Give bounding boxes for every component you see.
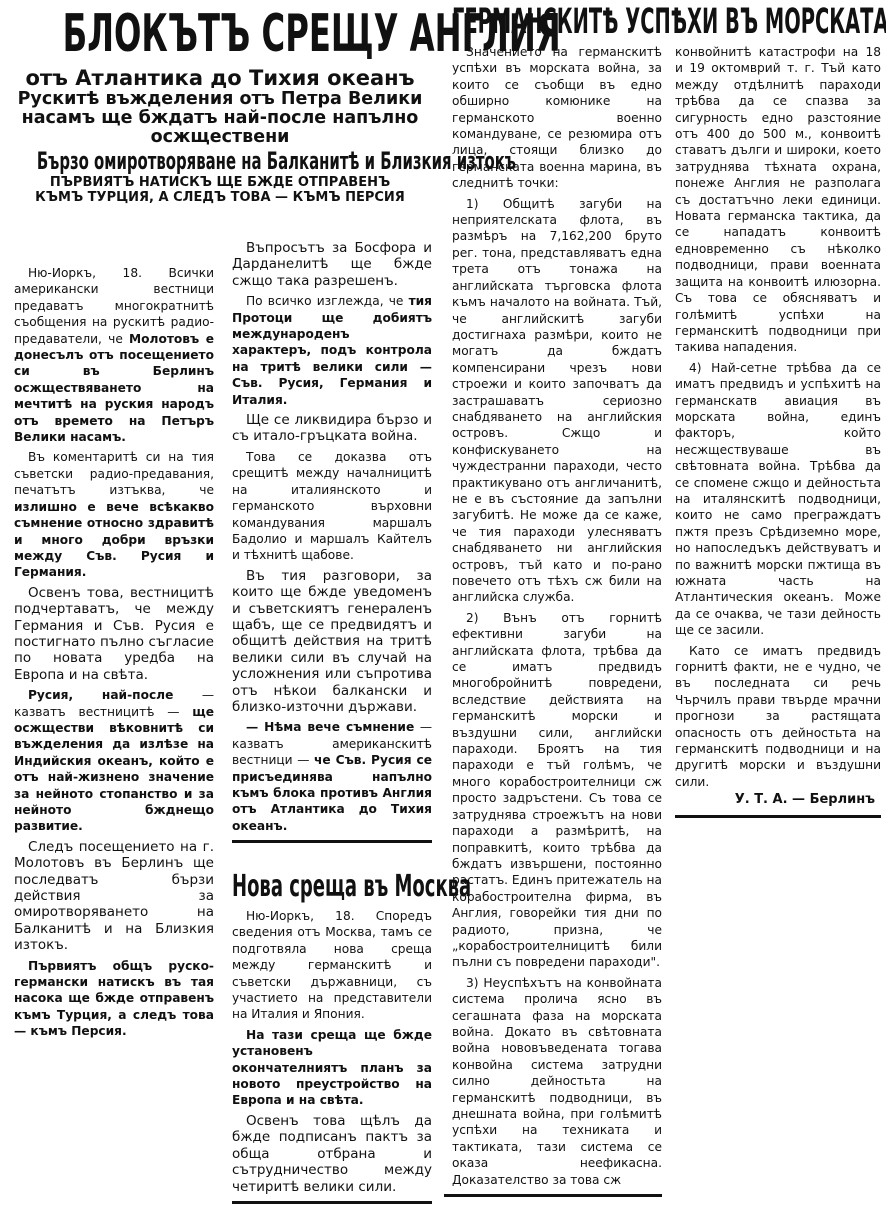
paragraph: 3) Неуспѣхътъ на конвойната система прол… [452, 975, 662, 1188]
subhead-balkans: Бързо омиротворяване на Балканитѣ и Близ… [10, 147, 430, 175]
moscow-headline: Нова среща въ Москва [232, 870, 432, 904]
paragraph: конвойнитѣ катастрофи на 18 и 19 октомвр… [675, 44, 881, 356]
paragraph: Въ тия разговори, за които ще бжде уведо… [232, 568, 432, 716]
divider [444, 1194, 662, 1197]
naval-article-column-2: конвойнитѣ катастрофи на 18 и 19 октомвр… [675, 44, 881, 818]
subhead-russian-aspirations: Рускитѣ въжделения отъ Петра Велики наса… [10, 90, 430, 147]
paragraph: По всичко изглежда, че тия Протоци ще до… [232, 293, 432, 408]
paragraph: Ню-Иоркъ, 18. Всички американски вестниц… [14, 265, 214, 445]
divider [232, 1201, 432, 1204]
moscow-article: Нова среща въ Москва Ню-Иоркъ, 18. Споре… [232, 870, 432, 1204]
paragraph: Ню-Иоркъ, 18. Споредъ сведения отъ Москв… [232, 908, 432, 1023]
paragraph: Следъ посещението на г. Молотовъ въ Берл… [14, 839, 214, 954]
naval-headline: ГЕРМАНСКИТѢ УСПѢХИ ВЪ МОРСКАТА ВОЙНА [452, 2, 882, 42]
paragraph: 2) Вънъ отъ горнитѣ ефективни загуби на … [452, 610, 662, 971]
paragraph: Освенъ това, вестницитѣ подчертаватъ, че… [14, 585, 214, 683]
main-headline-block: БЛОКЪТЪ СРЕЩУ АНГЛИЯ отъ Атлантика до Ти… [10, 2, 430, 205]
main-headline: БЛОКЪТЪ СРЕЩУ АНГЛИЯ [10, 2, 430, 66]
paragraph: 4) Най-сетне трѣбва да се иматъ предвидъ… [675, 360, 881, 639]
subhead-atlantic: отъ Атлантика до Тихия океанъ [10, 66, 430, 90]
paragraph: Освенъ това щѣлъ да бжде подписанъ пактъ… [232, 1113, 432, 1195]
paragraph: 1) Общитѣ загуби на неприятелската флота… [452, 196, 662, 606]
main-article-column-1: Ню-Иоркъ, 18. Всички американски вестниц… [14, 265, 214, 1040]
paragraph: Русия, най-после — казватъ вестницитѣ — … [14, 687, 214, 835]
paragraph: Ще се ликвидира бързо и съ итало-гръцкат… [232, 412, 432, 445]
subhead-first-push: ПЪРВИЯТЪ НАТИСКЪ ЩЕ БЖДЕ ОТПРАВЕНЪ КЪМЪ … [10, 175, 430, 205]
paragraph: Първиятъ общъ руско-германски натискъ въ… [14, 958, 214, 1040]
naval-article-column-1: Значението на германскитѣ успѣхи въ морс… [452, 44, 662, 1197]
paragraph: Като се иматъ предвидъ горнитѣ факти, не… [675, 643, 881, 791]
paragraph: — Нѣма вече съмнение — казватъ американс… [232, 719, 432, 834]
divider [675, 815, 881, 818]
paragraph: Въ коментаритѣ си на тия съветски радио-… [14, 449, 214, 580]
paragraph: Значението на германскитѣ успѣхи въ морс… [452, 44, 662, 192]
main-article-column-2: Въпросътъ за Босфора и Дарданелитѣ ще бж… [232, 240, 432, 843]
paragraph: На тази среща ще бжде установенъ окончат… [232, 1027, 432, 1109]
divider [232, 840, 432, 843]
signature: У. Т. А. — Берлинъ [675, 792, 881, 808]
paragraph: Това се доказва отъ срещитѣ между началн… [232, 449, 432, 564]
paragraph: Въпросътъ за Босфора и Дарданелитѣ ще бж… [232, 240, 432, 289]
